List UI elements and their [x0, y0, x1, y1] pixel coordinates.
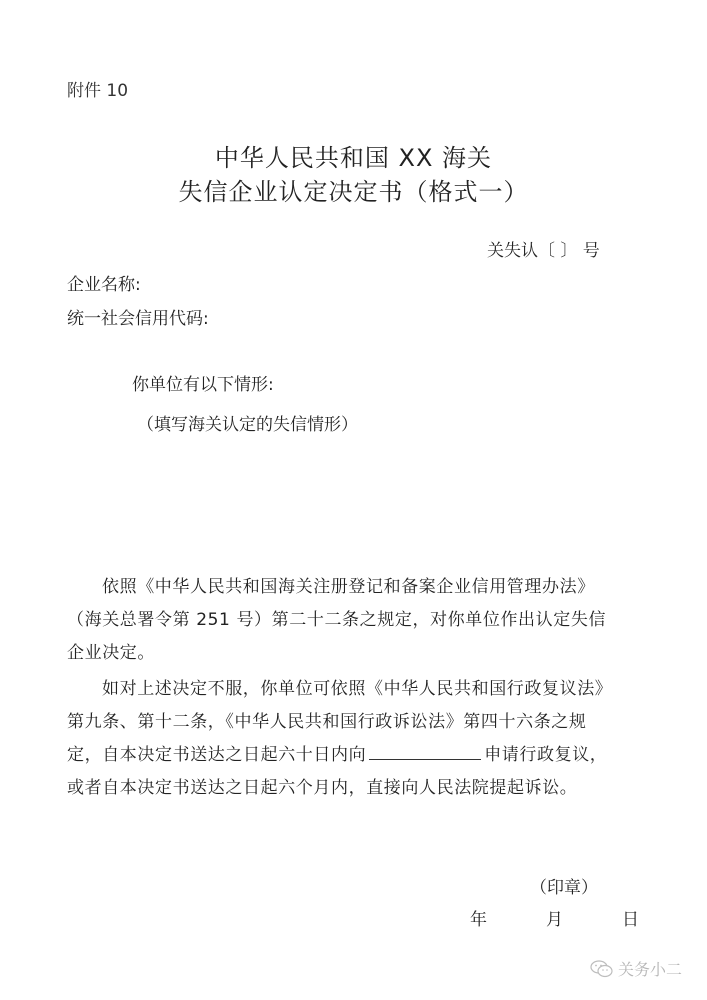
attachment-label: 附件 10: [67, 76, 128, 101]
situation-intro: 你单位有以下情形:: [132, 370, 274, 395]
document-title-line2: 失信企业认定决定书（格式一）: [0, 172, 707, 207]
paragraph2-line3-before: 定，自本决定书送达之日起六十日内向: [67, 745, 366, 765]
company-name-label: 企业名称:: [67, 270, 141, 295]
paragraph2-line4: 或者自本决定书送达之日起六个月内，直接向人民法院提起诉讼。: [67, 773, 577, 798]
authority-blank-line: [369, 743, 481, 760]
paragraph1-line1: 依照《中华人民共和国海关注册登记和备案企业信用管理办法》: [102, 572, 595, 597]
paragraph2-line3: 定，自本决定书送达之日起六十日内向申请行政复议，: [67, 740, 607, 765]
document-title-line1: 中华人民共和国 XX 海关: [0, 138, 707, 173]
watermark-text: 关务小二: [618, 957, 682, 980]
paragraph2-line1: 如对上述决定不服，你单位可依照《中华人民共和国行政复议法》: [102, 674, 612, 699]
watermark: 关务小二: [590, 957, 682, 980]
situation-placeholder: （填写海关认定的失信情形）: [137, 410, 358, 435]
paragraph1-line3: 企业决定。: [67, 638, 155, 663]
credit-code-label: 统一社会信用代码:: [67, 304, 209, 329]
date-year: 年: [470, 905, 487, 930]
date-month: 月: [546, 905, 563, 930]
wechat-icon: [590, 960, 614, 978]
date-day: 日: [622, 905, 639, 930]
paragraph2-line3-after: 申请行政复议，: [484, 745, 607, 765]
seal-label: （印章）: [530, 873, 598, 898]
paragraph2-line2: 第九条、第十二条，《中华人民共和国行政诉讼法》第四十六条之规: [67, 707, 587, 732]
document-number: 关失认〔 〕 号: [487, 236, 600, 261]
paragraph1-line2: （海关总署令第 251 号）第二十二条之规定，对你单位作出认定失信: [67, 605, 606, 630]
